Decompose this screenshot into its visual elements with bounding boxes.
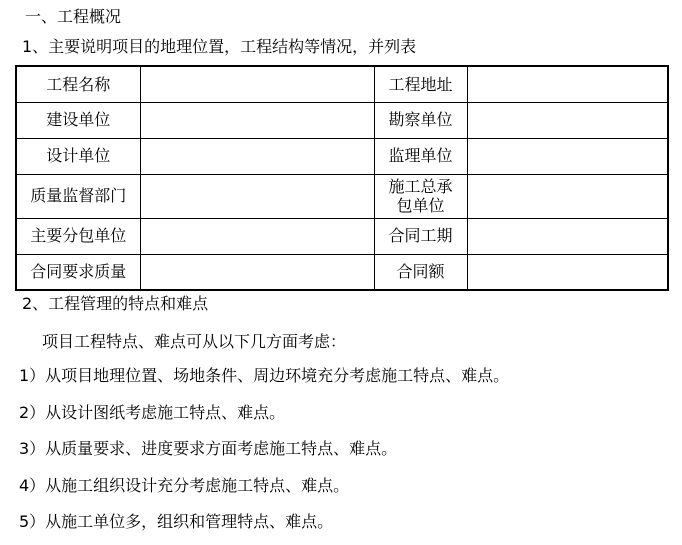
numbered-point-4: 4）从施工组织设计充分考虑施工特点、难点。 bbox=[19, 476, 349, 495]
table-value-cell bbox=[140, 138, 374, 174]
table-label-cell: 主要分包单位 bbox=[16, 218, 140, 254]
section2-intro: 项目工程特点、难点可从以下几方面考虑： bbox=[42, 332, 346, 351]
numbered-point-3: 3）从质量要求、进度要求方面考虑施工特点、难点。 bbox=[19, 439, 397, 458]
numbered-point-1: 1）从项目地理位置、场地条件、周边环境充分考虑施工特点、难点。 bbox=[19, 366, 509, 385]
table-label-cell: 勘察单位 bbox=[374, 102, 467, 138]
project-info-table: 工程名称 工程地址 建设单位 勘察单位 设计单位 监理单位 质量监督部门 施工 bbox=[15, 65, 669, 291]
table-label-cell: 设计单位 bbox=[16, 138, 140, 174]
table-row: 工程名称 工程地址 bbox=[16, 66, 668, 102]
table-label-cell: 工程地址 bbox=[374, 66, 467, 102]
table-row: 设计单位 监理单位 bbox=[16, 138, 668, 174]
table-value-cell bbox=[467, 254, 668, 290]
table-value-cell bbox=[467, 66, 668, 102]
table-label-cell: 工程名称 bbox=[16, 66, 140, 102]
table-label-cell: 建设单位 bbox=[16, 102, 140, 138]
table-value-cell bbox=[140, 218, 374, 254]
table-label-cell: 合同要求质量 bbox=[16, 254, 140, 290]
table-value-cell bbox=[140, 66, 374, 102]
table-row: 质量监督部门 施工总承 包单位 bbox=[16, 174, 668, 218]
table-value-cell bbox=[467, 102, 668, 138]
table-value-cell bbox=[140, 102, 374, 138]
document-page: 一、工程概况 1、主要说明项目的地理位置，工程结构等情况，并列表 工程名称 工程… bbox=[0, 0, 682, 545]
table-value-cell bbox=[467, 218, 668, 254]
table-label-cell: 施工总承 包单位 bbox=[374, 174, 467, 218]
table-row: 建设单位 勘察单位 bbox=[16, 102, 668, 138]
table-value-cell bbox=[467, 138, 668, 174]
numbered-point-2: 2）从设计图纸考虑施工特点、难点。 bbox=[19, 403, 285, 422]
table-label-cell: 合同工期 bbox=[374, 218, 467, 254]
table-label-cell: 监理单位 bbox=[374, 138, 467, 174]
table-row: 主要分包单位 合同工期 bbox=[16, 218, 668, 254]
section2-heading: 2、工程管理的特点和难点 bbox=[22, 294, 208, 313]
table-value-cell bbox=[140, 254, 374, 290]
table-row: 合同要求质量 合同额 bbox=[16, 254, 668, 290]
table-label-cell: 合同额 bbox=[374, 254, 467, 290]
section1-intro-line: 1、主要说明项目的地理位置，工程结构等情况，并列表 bbox=[22, 37, 416, 56]
table-value-cell bbox=[467, 174, 668, 218]
numbered-point-5: 5）从施工单位多，组织和管理特点、难点。 bbox=[19, 512, 333, 531]
table-label-cell: 质量监督部门 bbox=[16, 174, 140, 218]
section1-heading: 一、工程概况 bbox=[25, 7, 121, 26]
table-value-cell bbox=[140, 174, 374, 218]
